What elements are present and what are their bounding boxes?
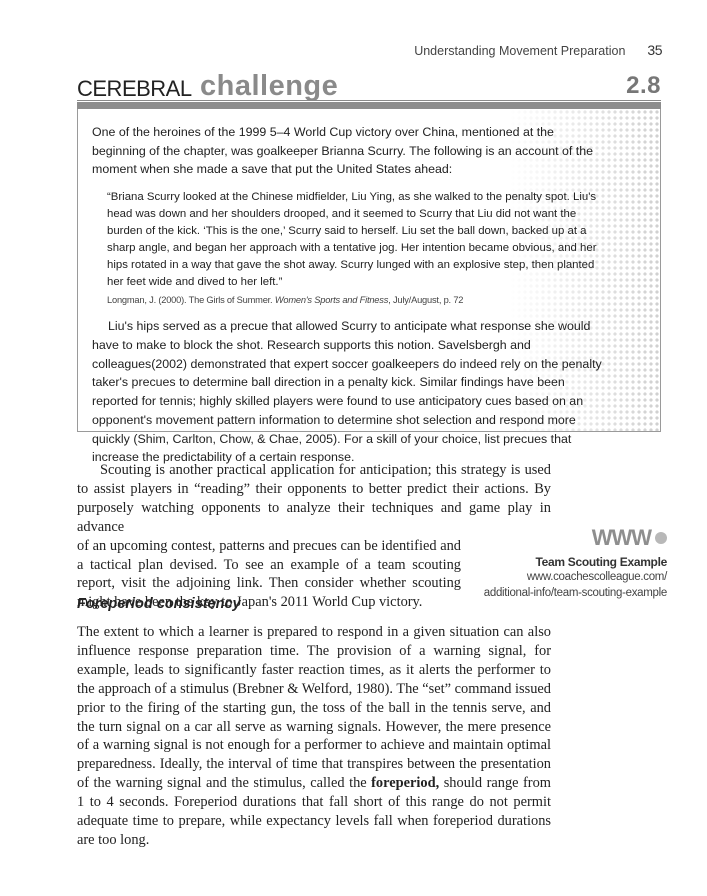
header-divider-bar (77, 102, 661, 109)
cerebral-challenge-box: One of the heroines of the 1999 5–4 Worl… (77, 109, 661, 432)
running-head: Understanding Movement Preparation 35 (414, 42, 662, 58)
challenge-citation: Longman, J. (2000). The Girls of Summer.… (107, 293, 605, 307)
challenge-number: 2.8 (626, 72, 661, 100)
web-link-url-1[interactable]: www.coachescolleague.com/ (467, 569, 667, 585)
header-divider-thin (77, 100, 661, 101)
challenge-body: Liu's hips served as a precue that allow… (92, 317, 605, 467)
citation-details: , July/August, p. 72 (388, 295, 463, 305)
web-link-sidebar[interactable]: WWW Team Scouting Example www.coachescol… (467, 525, 667, 601)
foreperiod-text: The extent to which a learner is prepare… (77, 623, 551, 850)
foreperiod-text-before: The extent to which a learner is prepare… (77, 624, 551, 791)
running-head-title: Understanding Movement Preparation (414, 44, 625, 58)
key-term: foreperiod, (371, 775, 439, 791)
citation-journal: Women's Sports and Fitness (275, 295, 388, 305)
section-heading: Foreperiod consistency (77, 596, 241, 612)
challenge-intro: One of the heroines of the 1999 5–4 Worl… (92, 123, 605, 179)
web-link-url-2[interactable]: additional-info/team-scouting-example (467, 585, 667, 601)
www-logo: WWW (592, 525, 667, 551)
www-dot-icon (655, 532, 667, 544)
cerebral-challenge-header: CEREBRAL challenge 2.8 (77, 72, 661, 100)
challenge-label-plain: CEREBRAL (77, 76, 192, 102)
page-number: 35 (647, 42, 662, 58)
foreperiod-paragraph: The extent to which a learner is prepare… (77, 623, 551, 850)
citation-authors: Longman, J. (2000). The Girls of Summer. (107, 295, 275, 305)
www-logo-text: WWW (592, 525, 651, 551)
challenge-quote: “Briana Scurry looked at the Chinese mid… (107, 189, 605, 292)
web-link-title: Team Scouting Example (467, 555, 667, 569)
challenge-label-bold: challenge (200, 70, 338, 103)
